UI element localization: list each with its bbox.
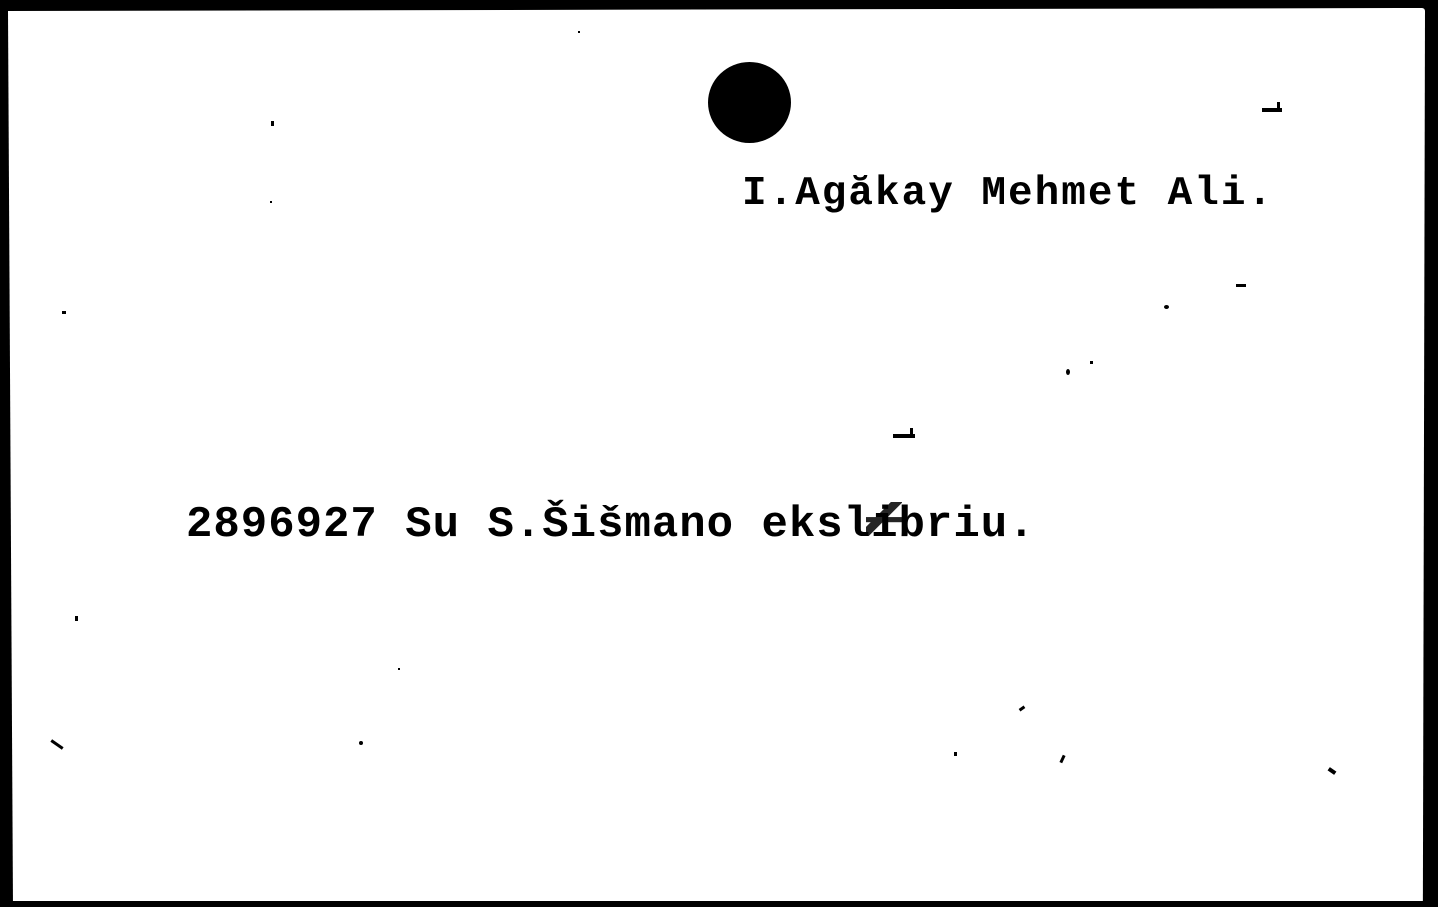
punch-hole (708, 62, 791, 143)
typed-mark (1262, 108, 1282, 112)
scan-speck (1090, 361, 1093, 364)
scan-speck (578, 31, 580, 33)
scan-speck (954, 752, 957, 756)
scan-speck (1066, 369, 1070, 375)
scan-speck (270, 201, 272, 203)
typewriter-overstrike-mark (866, 502, 902, 536)
scan-speck (1236, 284, 1246, 287)
scan-speck (75, 616, 78, 621)
catalog-entry-line: 2896927 Su S.Šišmano ekslibriu. (186, 496, 1036, 554)
scan-speck (271, 121, 274, 126)
scan-speck (1164, 305, 1169, 309)
catalog-card (8, 8, 1425, 901)
typed-mark (893, 434, 915, 438)
author-heading: I.Agăkay Mehmet Ali. (742, 168, 1274, 220)
scan-speck (62, 311, 66, 314)
scan-speck (398, 668, 400, 670)
scan-speck (359, 741, 363, 745)
